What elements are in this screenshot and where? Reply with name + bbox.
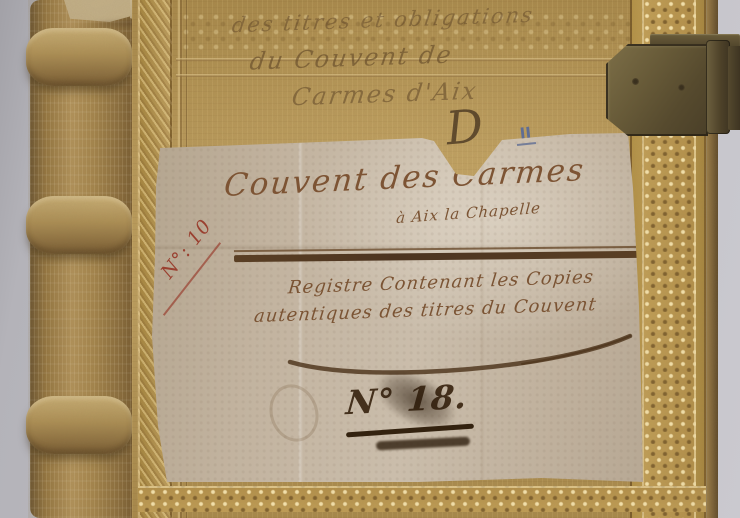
label-subtitle: à Aix la Chapelle [396,199,542,227]
brass-clasp [606,32,740,136]
rule-thick-line [234,251,640,262]
clasp-rivet [632,78,639,85]
clasp-plate [606,44,708,136]
bottom-number-underline [346,424,474,438]
blue-pencil-numeral: II [515,123,536,146]
ink-smudge [376,437,470,451]
label-side-number: N°: 10 [157,215,217,283]
tooled-border-bottom [138,486,706,512]
spine-raised-band [26,28,132,86]
clasp-catch [728,46,740,130]
stain-oval [262,378,326,448]
label-body-line-1: Registre Contenant les Copies [287,267,595,299]
label-rule [234,246,640,262]
clasp-rivet [678,84,685,91]
book-cover-photo: des titres et obligations du Couvent de … [0,0,740,518]
label-body-line-2: autentiques des titres du Couvent [253,294,598,327]
ink-initial-mark: D [444,98,485,155]
clasp-hinge [706,40,730,134]
spine-raised-band [26,196,132,254]
paper-label: Couvent des Carmes à Aix la Chapelle N°:… [150,126,646,486]
label-title: Couvent des Carmes [222,152,586,204]
cover-inscription-line-2: du Couvent de [248,40,455,75]
spine-raised-band [26,396,132,454]
